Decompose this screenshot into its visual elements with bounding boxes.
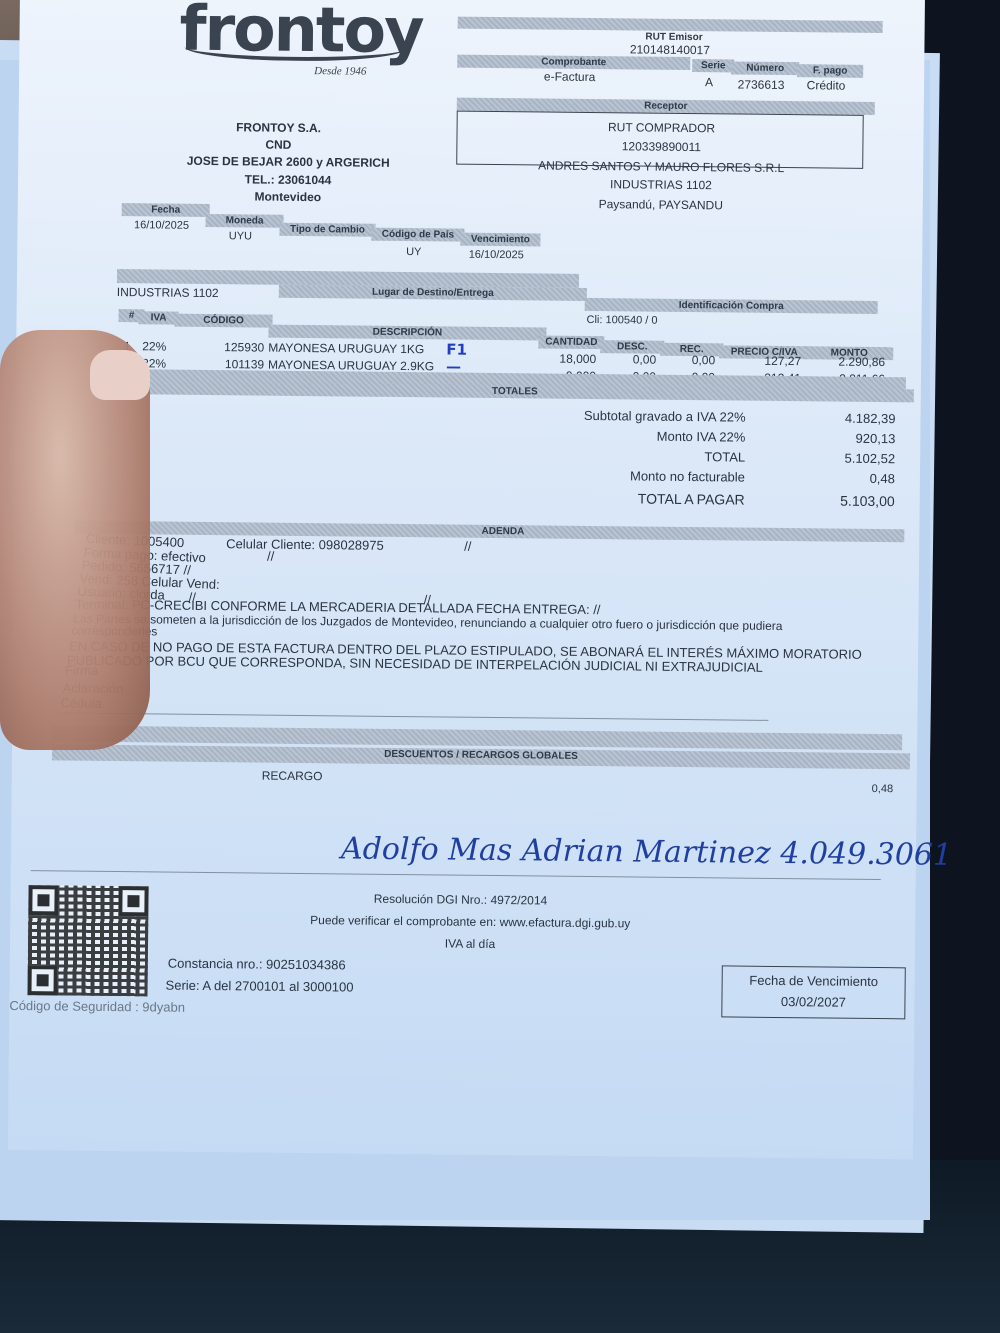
total-label: TOTAL	[495, 447, 745, 465]
logo-tagline: Desde 1946	[314, 65, 366, 78]
verificar-comprobante[interactable]: Puede verificar el comprobante en: www.e…	[240, 912, 700, 931]
adenda-celular: Celular Cliente: 098028975	[226, 536, 384, 553]
vencimiento-value: 16/10/2025	[460, 249, 532, 262]
item-cell-codigo: 125930	[174, 340, 264, 355]
item-cell-rec: 0,00	[660, 353, 715, 368]
adenda-jurisdiccion: Las Partes se someten a la jurisdicción …	[73, 612, 782, 633]
codigo-pais-label: Código de País	[371, 228, 464, 242]
total-label: Monto IVA 22%	[495, 427, 745, 445]
issuer-phone: TEL.: 23061044	[148, 171, 428, 188]
handwritten-note: F1	[446, 340, 467, 358]
iva-al-dia: IVA al día	[290, 935, 650, 953]
adenda-sep-2: //	[267, 549, 274, 564]
issuer-line2: CND	[148, 136, 408, 153]
moneda-value: UYU	[205, 230, 275, 243]
item-cell-monto: 2.290,86	[805, 354, 885, 369]
codigo-pais-value: UY	[371, 246, 456, 259]
total-value: 0,48	[775, 470, 895, 486]
numero-value: 2736613	[731, 77, 791, 92]
handwritten-signature: Adolfo Mas Adrian Martinez 4.049.3061	[341, 831, 952, 872]
total-value: 5.102,52	[775, 450, 895, 466]
serie-label: Serie	[692, 59, 734, 72]
item-cell-iva: 22%	[138, 339, 170, 353]
issuer-address: JOSE DE BEJAR 2600 y ARGERICH	[148, 153, 428, 170]
qr-finder-tr	[118, 886, 148, 916]
numero-label: Número	[731, 61, 799, 75]
fecha-vencimiento-box: Fecha de Vencimiento 03/02/2027	[721, 965, 906, 1019]
item-cell-descripcion: MAYONESA URUGUAY 1KG	[268, 341, 538, 358]
total-value: 920,13	[775, 430, 895, 446]
issuer-name: FRONTOY S.A.	[149, 119, 409, 136]
total-value: 5.103,00	[775, 492, 895, 509]
constancia: Constancia nro.: 90251034386	[168, 956, 346, 973]
item-cell-desc: 0,00	[600, 352, 656, 367]
thumbnail-nail	[90, 350, 150, 400]
fpago-label: F. pago	[797, 64, 863, 78]
total-label: Monto no facturable	[495, 467, 745, 485]
adenda-sep-1: //	[464, 539, 471, 554]
destino-label: Lugar de Destino/Entrega	[279, 285, 587, 301]
fecha-vencimiento-label: Fecha de Vencimiento	[723, 972, 905, 989]
resolucion-dgi: Resolución DGI Nro.: 4972/2014	[290, 891, 630, 909]
serie-rango: Serie: A del 2700101 al 3000100	[166, 978, 354, 995]
column-header-descripcion: DESCRIPCIÓN	[268, 325, 546, 341]
fecha-value: 16/10/2025	[121, 219, 201, 232]
total-label: Subtotal gravado a IVA 22%	[496, 407, 746, 425]
total-label: TOTAL A PAGAR	[495, 489, 745, 508]
serie-value: A	[692, 75, 726, 89]
tipo-cambio-label: Tipo de Cambio	[279, 223, 375, 237]
comprobante-value: e-Factura	[457, 69, 682, 85]
fecha-vencimiento-value: 03/02/2027	[722, 993, 904, 1010]
fpago-value: Crédito	[797, 78, 855, 93]
total-value: 4.182,39	[775, 410, 895, 426]
qr-code[interactable]	[27, 885, 148, 996]
adenda-divider	[58, 712, 768, 720]
signature-line	[31, 870, 881, 880]
column-header-codigo: CÓDIGO	[174, 314, 272, 328]
moneda-label: Moneda	[206, 214, 284, 228]
item-cell-cantidad: 18,000	[538, 351, 596, 366]
receptor-city: Paysandú, PAYSANDU	[456, 196, 866, 214]
column-header-cantidad: CANTIDAD	[538, 335, 604, 349]
recargo-label: RECARGO	[262, 769, 323, 784]
receptor-name: ANDRES SANTOS Y MAURO FLORES S.R.L	[456, 158, 866, 176]
codigo-seguridad: Código de Seguridad : 9dyabn	[9, 998, 185, 1015]
fecha-label: Fecha	[122, 203, 210, 217]
qr-finder-bl	[27, 965, 57, 995]
ident-compra-value: Cli: 100540 / 0	[587, 314, 658, 327]
column-header-iva: IVA	[139, 311, 179, 324]
qr-finder-tl	[28, 885, 58, 915]
vencimiento-label: Vencimiento	[460, 233, 540, 247]
issuer-city: Montevideo	[148, 188, 428, 205]
ident-compra-label: Identificación Compra	[585, 298, 878, 314]
comprobante-label: Comprobante	[457, 55, 690, 70]
adenda-title: ADENDA	[74, 521, 904, 543]
item-cell-precio: 127,27	[719, 353, 801, 368]
receptor-address: INDUSTRIAS 1102	[456, 176, 866, 194]
recargo-value: 0,48	[872, 783, 894, 795]
destino-value: INDUSTRIAS 1102	[117, 285, 219, 300]
